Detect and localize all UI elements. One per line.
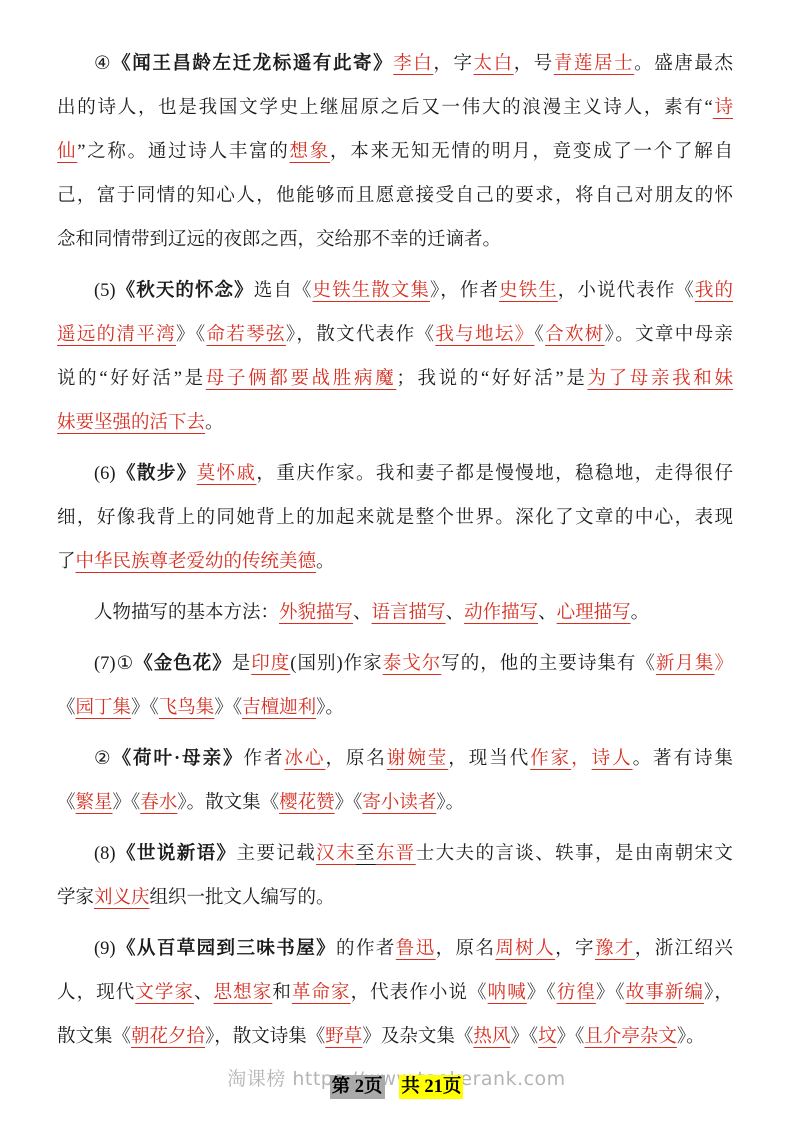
body-text: 》及杂文集《 — [362, 1027, 473, 1047]
watermark-text: 淘课榜 https://www.taokerank.com — [0, 1064, 793, 1091]
body-text: 》《 — [113, 793, 141, 813]
body-text: 《 — [57, 698, 76, 718]
highlighted-term: 我的 — [695, 281, 733, 301]
highlighted-term: 合欢树 — [545, 325, 605, 345]
body-text: 人，现代 — [57, 983, 135, 1003]
highlighted-term: 吉檀迦利 — [242, 698, 316, 718]
title-text: 《闻王昌龄左迁龙标遥有此寄》 — [112, 54, 393, 74]
paragraph: 人物描写的基本方法：外貌描写、语言描写、动作描写、心理描写。 — [57, 591, 733, 635]
highlighted-term: 冰心 — [284, 749, 325, 769]
text-line: 仙”之称。通过诗人丰富的想象，本来无知无情的明月，竟变成了一个了解自 — [57, 130, 733, 174]
text-line: 人，现代文学家、思想家和革命家，代表作小说《呐喊》《彷徨》《故事新编》， — [57, 971, 733, 1015]
text-line: 《园丁集》《飞鸟集》《吉檀迦利》。 — [57, 686, 733, 730]
body-text: ，字 — [433, 54, 473, 74]
body-text: 和 — [272, 983, 292, 1003]
highlighted-term: 史铁生 — [499, 281, 558, 301]
body-text: 》。 — [436, 793, 464, 813]
highlighted-term: 遥远的清平湾 — [57, 325, 176, 345]
body-text: (7)① — [94, 654, 134, 674]
body-text: ”之称。通过诗人丰富的 — [77, 142, 289, 162]
highlighted-term: 野草 — [325, 1027, 362, 1047]
highlighted-term: 寄小读者 — [362, 793, 436, 813]
highlighted-term: 作家 — [530, 749, 571, 769]
highlighted-term: 动作描写 — [464, 603, 538, 623]
highlighted-term: 诗人 — [592, 749, 633, 769]
highlighted-term: 思想家 — [214, 983, 273, 1003]
body-text: ，本来无知无情的明月，竟变成了一个了解自 — [330, 142, 733, 162]
body-text: 、 — [446, 603, 465, 623]
body-text: (国别)作家 — [290, 654, 382, 674]
body-text: 念和同情带到辽远的夜郎之西，交给那不幸的迁谪者。 — [57, 230, 501, 250]
body-text: ④ — [94, 54, 112, 74]
highlighted-term: 我与地坛》 — [435, 325, 534, 345]
body-text: 说的“好好活”是 — [57, 369, 206, 389]
paragraph: (7)①《金色花》是印度(国别)作家泰戈尔写的，他的主要诗集有《新月集》《园丁集… — [57, 642, 733, 730]
page-current-badge: 第 2页 — [330, 1075, 385, 1099]
highlighted-term: 》 — [714, 654, 733, 674]
text-line: 己，富于同情的知心人，他能够而且愿意接受自己的要求，将自己对朋友的怀 — [57, 174, 733, 218]
text-line: 学家刘义庆组织一批文人编写的。 — [57, 876, 733, 920]
body-text: ，代表作小说《 — [351, 983, 488, 1003]
text-line: (5)《秋天的怀念》选自《史铁生散文集》，作者史铁生，小说代表作《我的 — [57, 269, 733, 313]
body-text: 》《 — [527, 983, 557, 1003]
body-text: 主要记载 — [236, 844, 316, 864]
highlighted-term: 刘义庆 — [94, 888, 150, 908]
body-text: (5) — [94, 281, 116, 301]
highlighted-term: 朝花夕拾 — [131, 1027, 205, 1047]
highlighted-term: 豫才 — [595, 939, 635, 959]
body-text: 》。 — [316, 698, 344, 718]
paragraph: (9)《从百草园到三味书屋》的作者鲁迅，原名周树人，字豫才，浙江绍兴人，现代文学… — [57, 927, 733, 1059]
body-text: 》，散文诗集《 — [205, 1027, 325, 1047]
body-text: ，原名 — [325, 749, 386, 769]
body-text: ② — [94, 749, 113, 769]
body-text: 作者 — [244, 749, 285, 769]
highlighted-term: 新月集 — [656, 654, 715, 674]
highlighted-term: 繁星 — [76, 793, 113, 813]
body-text: 。 — [316, 552, 335, 572]
body-text: 》《 — [335, 793, 363, 813]
highlighted-term: 语言描写 — [372, 603, 446, 623]
text-line: 念和同情带到辽远的夜郎之西，交给那不幸的迁谪者。 — [57, 218, 733, 262]
body-text: ，字 — [555, 939, 595, 959]
body-text: 》《 — [557, 1027, 585, 1047]
text-line: 说的“好好活”是母子俩都要战胜病魔；我说的“好好活”是为了母亲我和妹 — [57, 357, 733, 401]
text-line: (6)《散步》莫怀戚，重庆作家。我和妻子都是慢慢地，稳稳地，走得很仔 — [57, 452, 733, 496]
highlighted-term: 仙 — [57, 142, 77, 162]
body-text: 。著有诗集 — [633, 749, 733, 769]
body-text: 》《 — [131, 698, 159, 718]
highlighted-term: 革命家 — [292, 983, 351, 1003]
text-line: (7)①《金色花》是印度(国别)作家泰戈尔写的，他的主要诗集有《新月集》 — [57, 642, 733, 686]
highlighted-term: 李白 — [393, 54, 433, 74]
highlighted-term: 飞鸟集 — [159, 698, 215, 718]
page-total-badge: 共 21页 — [399, 1075, 463, 1099]
highlighted-term: 想象 — [290, 142, 330, 162]
highlighted-term: 热风 — [473, 1027, 510, 1047]
text-line: 出的诗人，也是我国文学史上继屈原之后又一伟大的浪漫主义诗人，素有“诗 — [57, 86, 733, 130]
body-text: 《 — [535, 325, 546, 345]
title-text: 《世说新语》 — [116, 844, 237, 864]
title-text: 《荷叶·母亲》 — [113, 749, 244, 769]
body-text: ，浙江绍兴 — [635, 939, 733, 959]
title-text: 《散步》 — [116, 464, 197, 484]
highlighted-term: 太白 — [474, 54, 514, 74]
body-text: 》， — [704, 983, 733, 1003]
highlighted-term: 且介亭杂文 — [584, 1027, 677, 1047]
body-text: 学家 — [57, 888, 94, 908]
highlighted-term: 莫怀戚 — [197, 464, 257, 484]
text-line: 遥远的清平湾》《命若琴弦》，散文代表作《我与地坛》《合欢树》。文章中母亲 — [57, 313, 733, 357]
document-body: ④《闻王昌龄左迁龙标遥有此寄》李白，字太白，号青莲居士。盛唐最杰出的诗人，也是我… — [57, 42, 733, 1066]
text-line: 妹要坚强的活下去。 — [57, 401, 733, 445]
title-text: 《金色花》 — [134, 654, 232, 674]
highlighted-term: 樱花赞 — [279, 793, 335, 813]
body-text: (6) — [94, 464, 116, 484]
body-text: 、 — [194, 983, 214, 1003]
body-text: 《 — [57, 793, 76, 813]
body-text: (9) — [94, 939, 116, 959]
highlighted-term: 周树人 — [495, 939, 555, 959]
text-line: (8)《世说新语》主要记载汉末至东晋士大夫的言谈、轶事，是由南朝宋文 — [57, 832, 733, 876]
highlighted-term: 为了母亲我和妹 — [587, 369, 733, 389]
highlighted-term: 妹要坚强的活下去 — [57, 413, 205, 433]
text-line: 散文集《朝花夕拾》，散文诗集《野草》及杂文集《热风》《坟》《且介亭杂文》。 — [57, 1015, 733, 1059]
paragraph: ④《闻王昌龄左迁龙标遥有此寄》李白，字太白，号青莲居士。盛唐最杰出的诗人，也是我… — [57, 42, 733, 262]
body-text: 是 — [232, 654, 252, 674]
body-text: 、 — [538, 603, 557, 623]
body-text: 己，富于同情的知心人，他能够而且愿意接受自己的要求，将自己对朋友的怀 — [57, 186, 733, 206]
text-line: ②《荷叶·母亲》作者冰心，原名谢婉莹，现当代作家，诗人。著有诗集 — [57, 737, 733, 781]
body-text: 。盛唐最杰 — [634, 54, 733, 74]
paragraph: (8)《世说新语》主要记载汉末至东晋士大夫的言谈、轶事，是由南朝宋文学家刘义庆组… — [57, 832, 733, 920]
highlighted-term: 青莲居士 — [554, 54, 634, 74]
body-text: 至 — [356, 844, 376, 864]
text-line: 了中华民族尊老爱幼的传统美德。 — [57, 540, 733, 584]
text-line: ④《闻王昌龄左迁龙标遥有此寄》李白，字太白，号青莲居士。盛唐最杰 — [57, 42, 733, 86]
body-text: 》。散文集《 — [177, 793, 279, 813]
title-text: 《从百草园到三味书屋》 — [116, 939, 336, 959]
body-text: 》《 — [510, 1027, 538, 1047]
highlighted-term: 命若琴弦 — [206, 325, 285, 345]
body-text: 》，散文代表作《 — [286, 325, 435, 345]
body-text: ，原名 — [436, 939, 496, 959]
body-text: 士大夫的言谈、轶事，是由南朝宋文 — [416, 844, 733, 864]
highlighted-term: 谢婉莹 — [387, 749, 448, 769]
body-text: 》，作者 — [430, 281, 499, 301]
highlighted-term: 文学家 — [135, 983, 194, 1003]
highlighted-term: 坟 — [538, 1027, 557, 1047]
body-text: 细，好像我背上的同她背上的加起来就是整个世界。深化了文章的中心，表现 — [57, 508, 733, 528]
highlighted-term: 呐喊 — [488, 983, 527, 1003]
highlighted-term: 泰戈尔 — [383, 654, 442, 674]
body-text: ，号 — [514, 54, 554, 74]
text-line: (9)《从百草园到三味书屋》的作者鲁迅，原名周树人，字豫才，浙江绍兴 — [57, 927, 733, 971]
highlighted-term: 鲁迅 — [396, 939, 436, 959]
paragraph: (5)《秋天的怀念》选自《史铁生散文集》，作者史铁生，小说代表作《我的遥远的清平… — [57, 269, 733, 445]
body-text: 散文集《 — [57, 1027, 131, 1047]
body-text: (8) — [94, 844, 116, 864]
highlighted-term: 中华民族尊老爱幼的传统美德 — [76, 552, 317, 572]
highlighted-term: 故事新编 — [626, 983, 704, 1003]
body-text: ，小说代表作《 — [558, 281, 695, 301]
body-text: 》。文章中母亲 — [605, 325, 733, 345]
highlighted-term: 彷徨 — [557, 983, 596, 1003]
highlighted-term: 心理描写 — [557, 603, 631, 623]
highlighted-term: 春水 — [140, 793, 177, 813]
highlighted-term: 印度 — [251, 654, 290, 674]
highlighted-term: 园丁集 — [76, 698, 132, 718]
highlighted-term: ， — [571, 749, 591, 769]
body-text: 人物描写的基本方法： — [94, 603, 279, 623]
paragraph: (6)《散步》莫怀戚，重庆作家。我和妻子都是慢慢地，稳稳地，走得很仔细，好像我背… — [57, 452, 733, 584]
body-text: 写的，他的主要诗集有《 — [441, 654, 656, 674]
body-text: 出的诗人，也是我国文学史上继屈原之后又一伟大的浪漫主义诗人，素有“ — [57, 98, 713, 118]
highlighted-term: 母子俩都要战胜病魔 — [206, 369, 397, 389]
highlighted-term: 外貌描写 — [279, 603, 353, 623]
body-text: 》《 — [596, 983, 626, 1003]
highlighted-term: 诗 — [713, 98, 733, 118]
highlighted-term: 史铁生散文集 — [312, 281, 429, 301]
body-text: 组织一批文人编写的。 — [150, 888, 335, 908]
body-text: 》《 — [176, 325, 206, 345]
text-line: 人物描写的基本方法：外貌描写、语言描写、动作描写、心理描写。 — [57, 591, 733, 635]
text-line: 细，好像我背上的同她背上的加起来就是整个世界。深化了文章的中心，表现 — [57, 496, 733, 540]
body-text: ，现当代 — [448, 749, 530, 769]
paragraph: ②《荷叶·母亲》作者冰心，原名谢婉莹，现当代作家，诗人。著有诗集《繁星》《春水》… — [57, 737, 733, 825]
body-text: 》。 — [677, 1027, 705, 1047]
body-text: 、 — [353, 603, 372, 623]
body-text: ，重庆作家。我和妻子都是慢慢地，稳稳地，走得很仔 — [256, 464, 733, 484]
body-text: 选自《 — [254, 281, 313, 301]
body-text: ；我说的“好好活”是 — [396, 369, 587, 389]
highlighted-term: 汉末 — [316, 844, 356, 864]
text-line: 《繁星》《春水》。散文集《樱花赞》《寄小读者》。 — [57, 781, 733, 825]
body-text: 的作者 — [336, 939, 396, 959]
body-text: 。 — [631, 603, 650, 623]
title-text: 《秋天的怀念》 — [116, 281, 254, 301]
body-text: 了 — [57, 552, 76, 572]
body-text: 》《 — [214, 698, 242, 718]
page-number: 第 2页 共 21页 — [0, 1072, 793, 1098]
highlighted-term: 东晋 — [376, 844, 416, 864]
body-text: 。 — [205, 413, 224, 433]
